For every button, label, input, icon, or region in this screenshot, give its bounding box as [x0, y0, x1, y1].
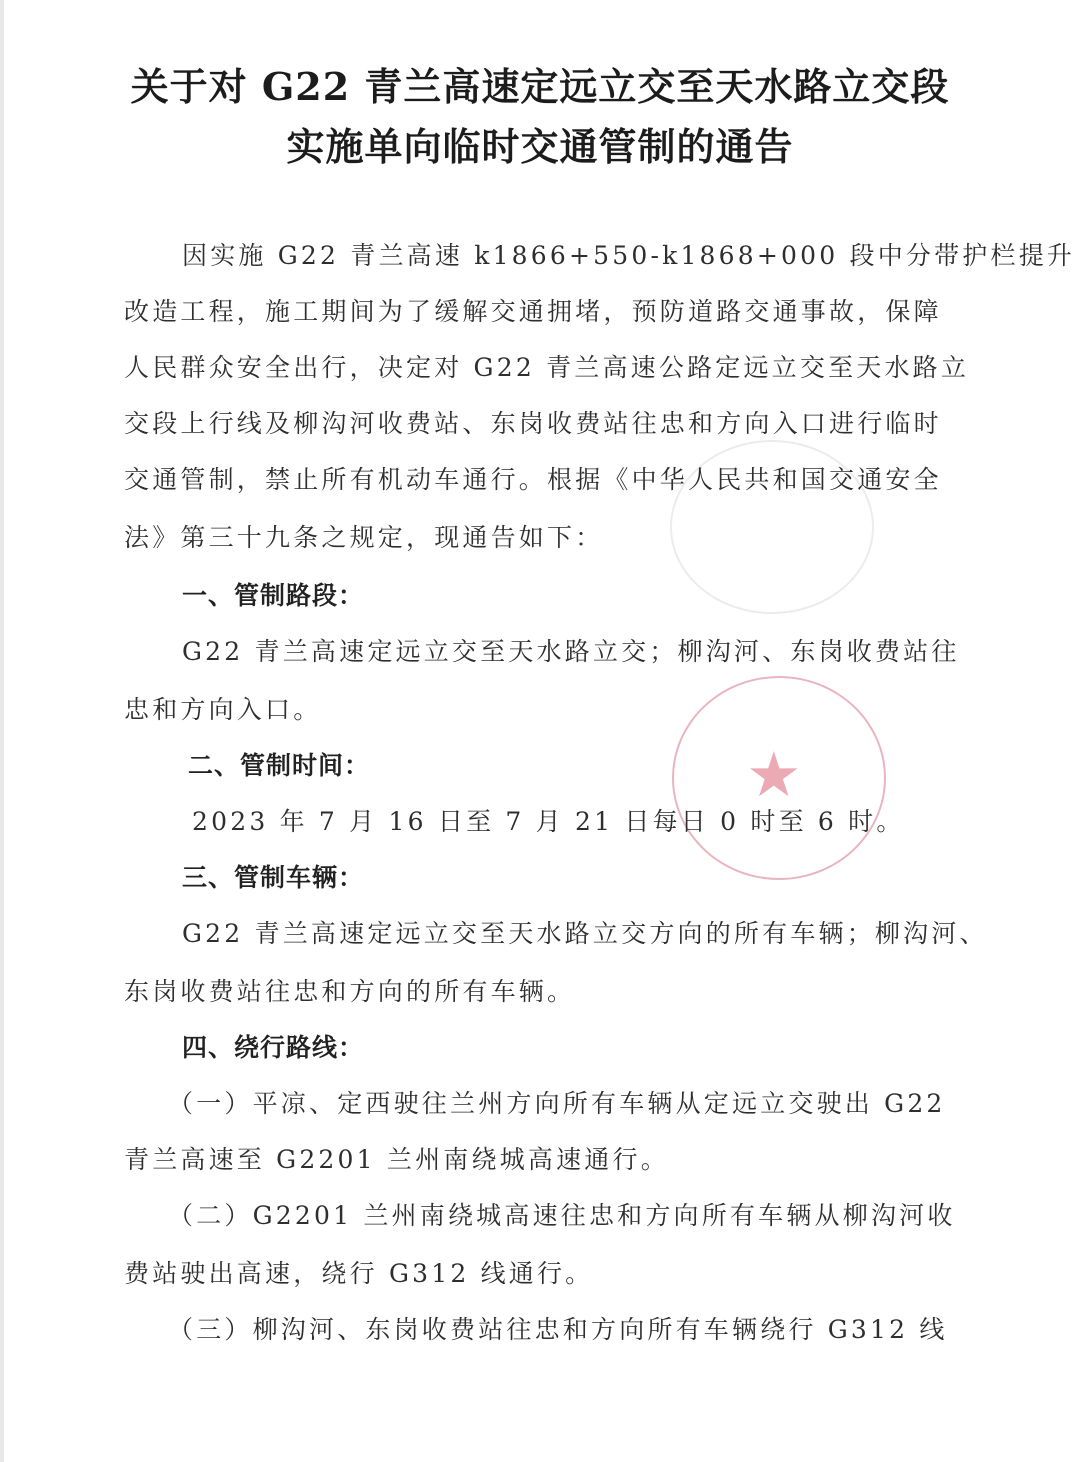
page-edge — [0, 0, 4, 1462]
section-line: （三）柳沟河、东岗收费站往忠和方向所有车辆绕行 G312 线 — [168, 1310, 948, 1346]
section-heading-time: 二、管制时间： — [188, 746, 370, 782]
intro-line: 法》第三十九条之规定，现通告如下： — [124, 518, 603, 554]
intro-line: 人民群众安全出行，决定对 G22 青兰高速公路定远立交至天水路立 — [124, 348, 969, 384]
official-seal-star-icon: ★ — [746, 738, 802, 811]
section-line: 2023 年 7 月 16 日至 7 月 21 日每日 0 时至 6 时。 — [192, 802, 905, 838]
intro-line: 改造工程，施工期间为了缓解交通拥堵，预防道路交通事故，保障 — [124, 292, 942, 328]
section-heading-detour: 四、绕行路线： — [182, 1028, 364, 1064]
document-title-line-2: 实施单向临时交通管制的通告 — [0, 116, 1080, 171]
section-heading-vehicles: 三、管制车辆： — [182, 858, 364, 894]
section-line: G22 青兰高速定远立交至天水路立交方向的所有车辆；柳沟河、 — [182, 914, 988, 950]
section-line: 东岗收费站往忠和方向的所有车辆。 — [124, 972, 575, 1008]
intro-line: 因实施 G22 青兰高速 k1866+550-k1868+000 段中分带护栏提… — [182, 236, 1075, 272]
section-line: G22 青兰高速定远立交至天水路立交；柳沟河、东岗收费站往 — [182, 632, 960, 668]
intro-line: 交段上行线及柳沟河收费站、东岗收费站往忠和方向入口进行临时 — [124, 404, 942, 440]
section-line: 费站驶出高速，绕行 G312 线通行。 — [124, 1254, 593, 1290]
section-line: （二）G2201 兰州南绕城高速往忠和方向所有车辆从柳沟河收 — [168, 1196, 956, 1232]
section-line: 忠和方向入口。 — [124, 690, 321, 726]
intro-line: 交通管制，禁止所有机动车通行。根据《中华人民共和国交通安全 — [124, 460, 942, 496]
document-title-line-1: 关于对 G22 青兰高速定远立交至天水路立交段 — [0, 56, 1080, 111]
section-heading-road: 一、管制路段： — [182, 576, 364, 612]
section-line: 青兰高速至 G2201 兰州南绕城高速通行。 — [124, 1140, 669, 1176]
section-line: （一）平凉、定西驶往兰州方向所有车辆从定远立交驶出 G22 — [168, 1084, 946, 1120]
official-seal: ★ — [672, 676, 886, 880]
